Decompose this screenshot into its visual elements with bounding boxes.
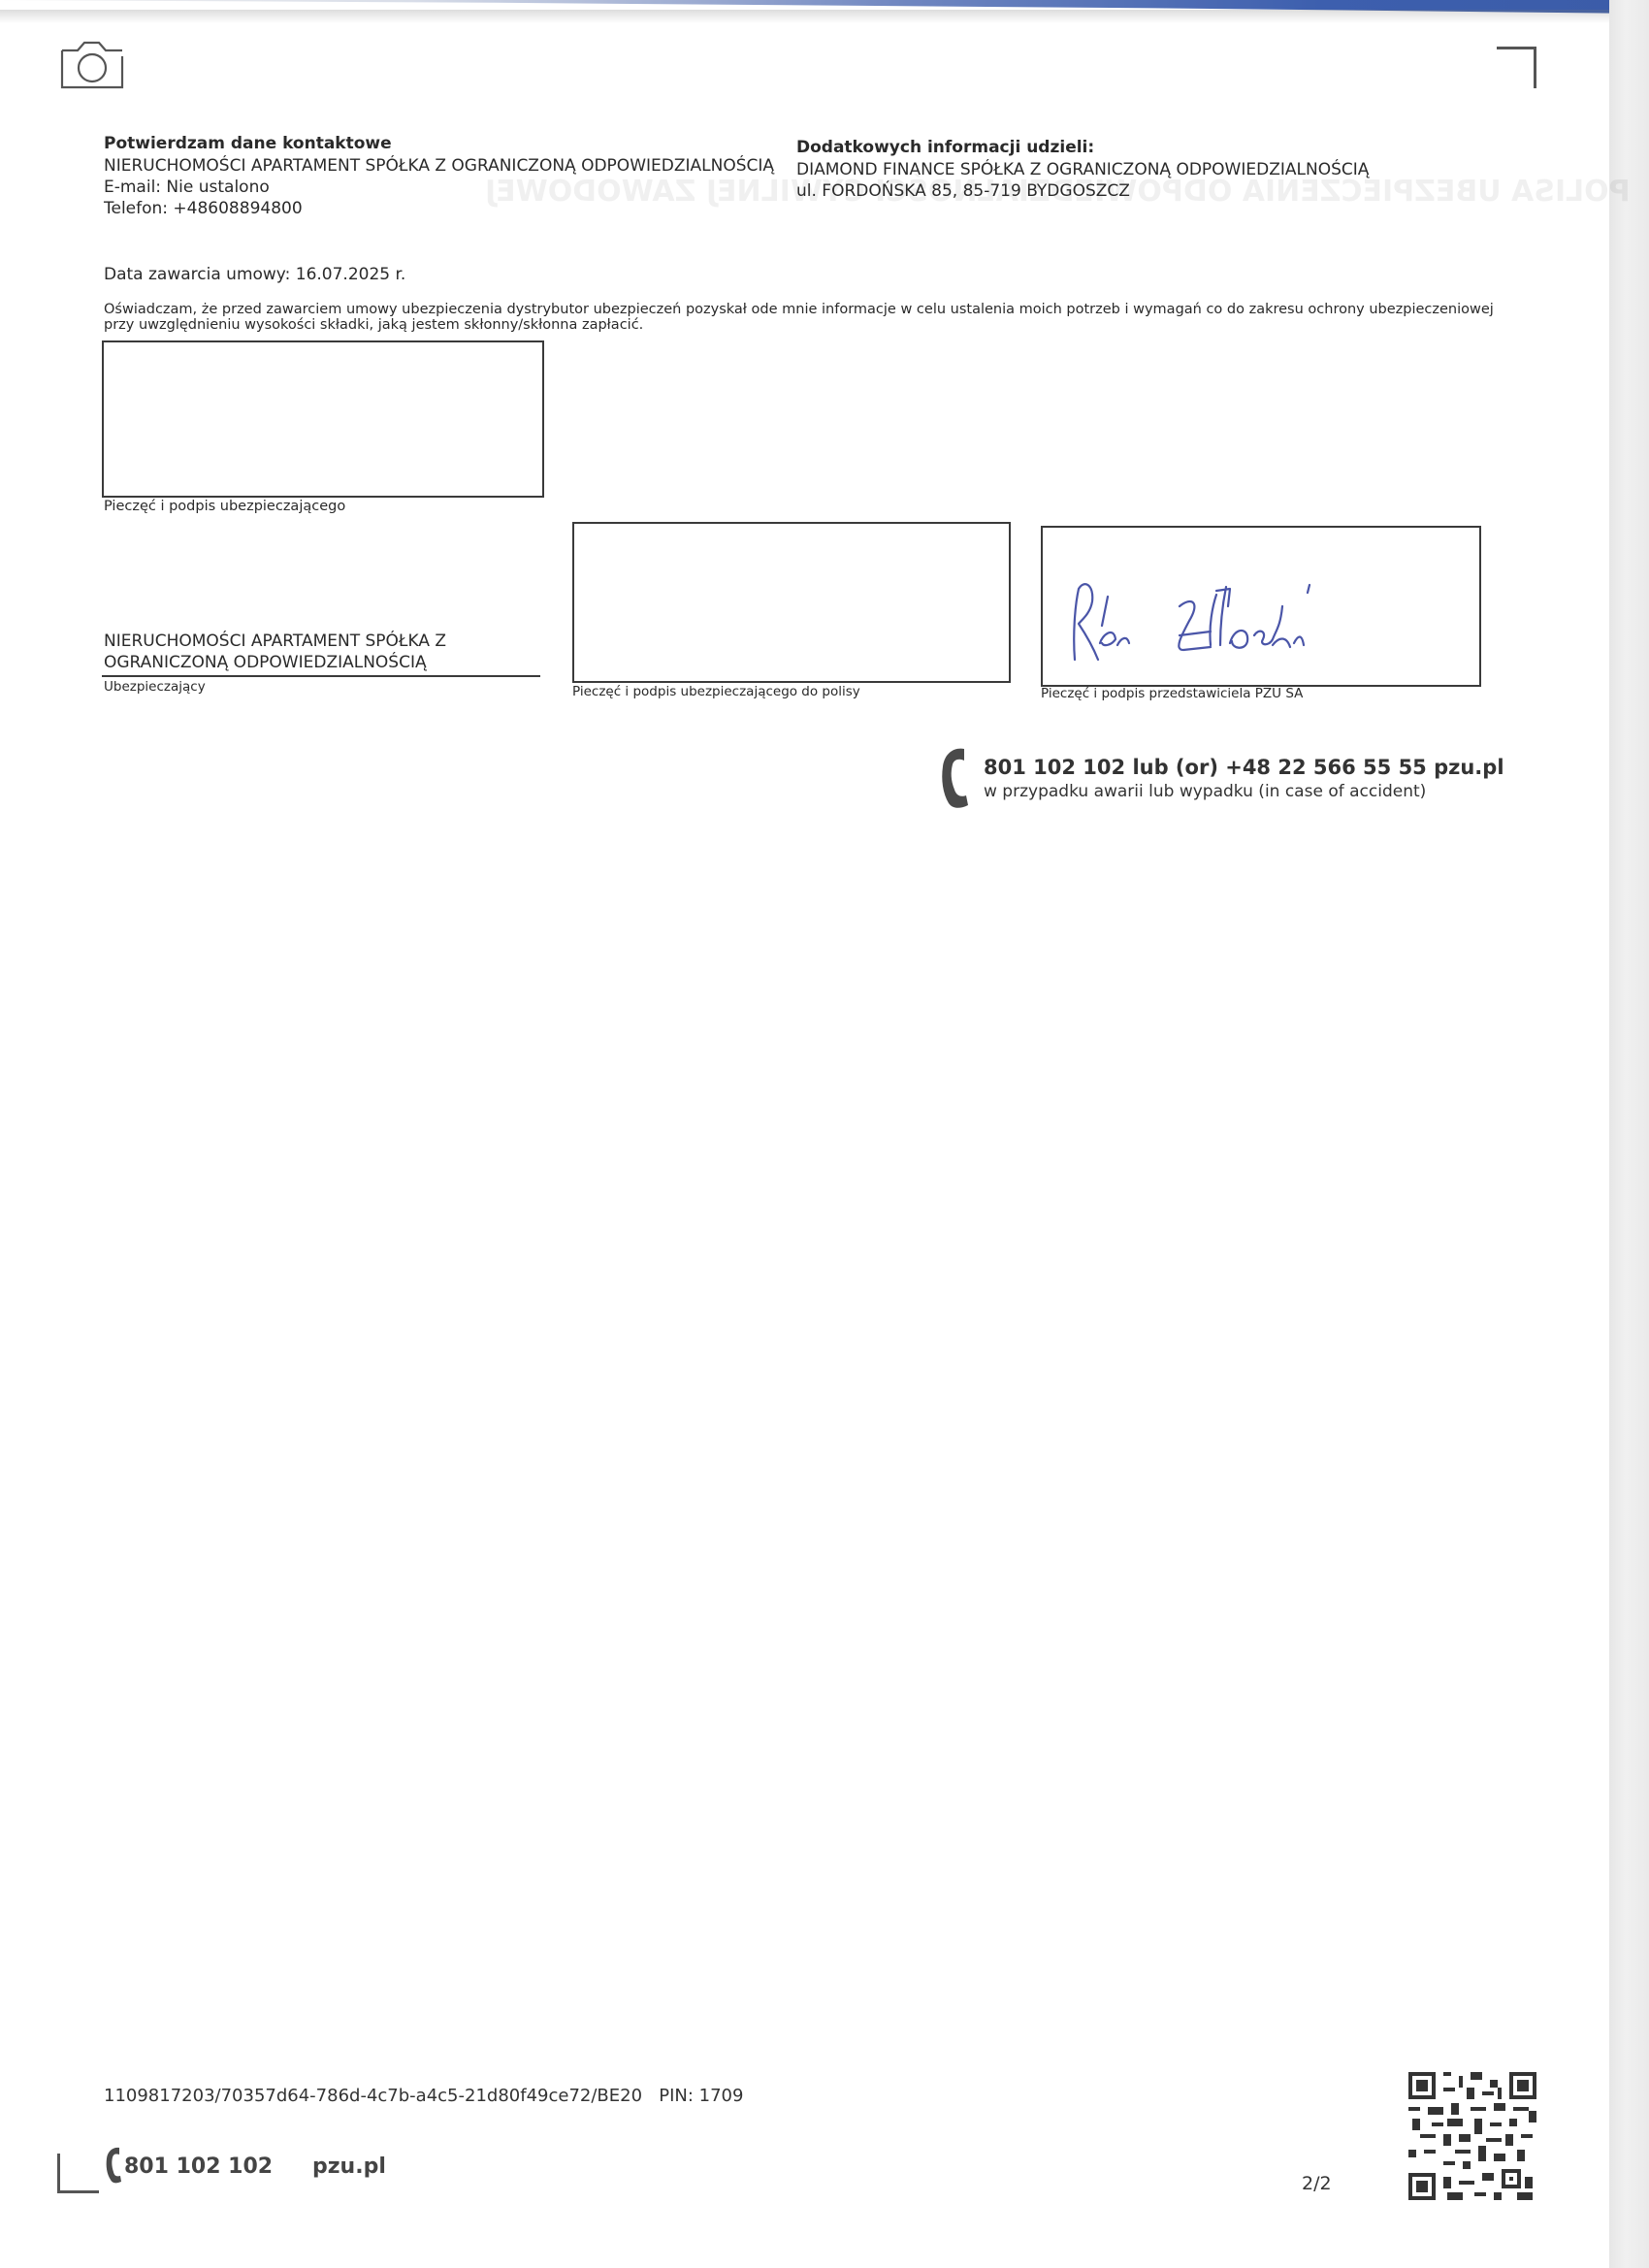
policyholder-signature-line	[102, 675, 540, 677]
scan-shadow	[0, 10, 1610, 23]
emergency-hotline-note: w przypadku awarii lub wypadku (in case …	[984, 782, 1426, 801]
policy-stamp-box	[572, 522, 1011, 683]
policyholder-name-line-1: NIERUCHOMOŚCI APARTAMENT SPÓŁKA Z	[104, 631, 446, 652]
document-identifier: 1109817203/70357d64-786d-4c7b-a4c5-21d80…	[104, 2086, 743, 2106]
declaration-line-2: przy uwzględnieniu wysokości składki, ja…	[104, 316, 643, 334]
document-id: 1109817203/70357d64-786d-4c7b-a4c5-21d80…	[104, 2086, 642, 2106]
additional-info-heading: Dodatkowych informacji udzieli:	[796, 137, 1094, 158]
camera-icon	[58, 39, 126, 91]
additional-info-address: ul. FORDOŃSKA 85, 85-719 BYDGOSZCZ	[796, 180, 1130, 202]
policyholder-name-line-2: OGRANICZONĄ ODPOWIEDZIALNOŚCIĄ	[104, 652, 427, 673]
document-pin: PIN: 1709	[659, 2086, 743, 2106]
contact-confirmation-heading: Potwierdzam dane kontaktowe	[104, 133, 392, 154]
phone-handset-icon	[104, 2146, 123, 2185]
corner-mark-top-right	[1497, 47, 1536, 88]
phone-handset-icon	[937, 745, 972, 811]
contact-company: NIERUCHOMOŚCI APARTAMENT SPÓŁKA Z OGRANI…	[104, 155, 774, 177]
contract-date: Data zawarcia umowy: 16.07.2025 r.	[104, 264, 405, 285]
policyholder-role: Ubezpieczający	[104, 679, 206, 696]
scan-edge-right	[1609, 0, 1649, 2268]
policyholder-stamp-label: Pieczęć i podpis ubezpieczającego	[104, 498, 345, 515]
emergency-hotline: 801 102 102 lub (or) +48 22 566 55 55 pz…	[984, 756, 1504, 779]
pzu-representative-label: Pieczęć i podpis przedstawiciela PZU SA	[1041, 686, 1303, 702]
policyholder-stamp-box	[102, 340, 544, 498]
qr-code	[1408, 2072, 1536, 2200]
corner-mark-bottom-left	[57, 2154, 99, 2193]
footer-phone: 801 102 102	[124, 2155, 273, 2179]
policy-stamp-label: Pieczęć i podpis ubezpieczającego do pol…	[572, 684, 860, 700]
additional-info-company: DIAMOND FINANCE SPÓŁKA Z OGRANICZONĄ ODP…	[796, 159, 1369, 180]
handwritten-signature	[1065, 567, 1395, 674]
contact-email: E-mail: Nie ustalono	[104, 177, 270, 198]
contact-phone: Telefon: +48608894800	[104, 198, 303, 219]
page-number: 2/2	[1302, 2173, 1332, 2194]
footer-website: pzu.pl	[312, 2155, 386, 2179]
